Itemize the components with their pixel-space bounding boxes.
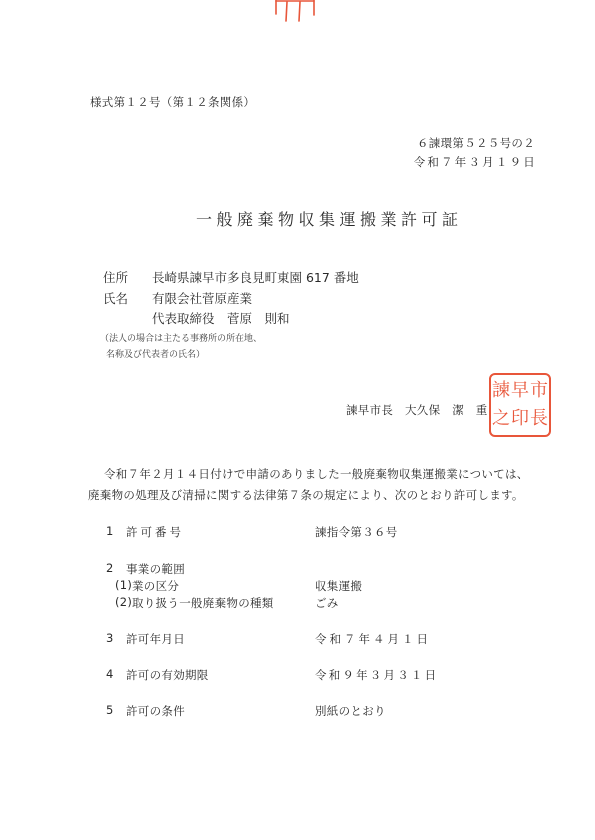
item-2-1-value: 収集運搬 [315,578,362,594]
item-2-2-label: 取り扱う一般廃棄物の種類 [132,595,274,611]
official-seal: 市 長 早 印 諫 之 [488,372,552,438]
item-4-value: 令和９年３月３１日 [315,667,438,683]
svg-text:諫: 諫 [492,380,510,401]
representative-name: 代表取締役 菅原 則和 [152,309,290,327]
svg-text:市: 市 [530,380,548,401]
svg-text:之: 之 [492,408,510,429]
holder-note-line2: 名称及び代表者の氏名） [106,347,205,360]
address-value: 長崎県諫早市多良見町東園 617 番地 [152,268,359,286]
item-5-value: 別紙のとおり [315,703,386,719]
item-2-1-label: 業の区分 [132,578,179,594]
name-label: 氏名 [103,289,128,307]
document-title: 一般廃棄物収集運搬業許可証 [196,207,463,230]
item-5-label: 許可の条件 [126,703,185,719]
item-3-value: 令和７年４月１日 [315,631,431,647]
document-number: ６諫環第５２５号の２ [417,135,535,151]
issuer-name: 諫早市長 大久保 潔 重 [346,402,488,418]
item-2-2-value: ごみ [315,595,339,611]
form-label: 様式第１２号（第１２条関係） [90,94,255,110]
svg-text:長: 長 [530,408,548,429]
item-5-number: 5 [106,703,114,717]
item-4-label: 許可の有効期限 [126,667,209,683]
top-seal-fragment [274,0,318,22]
body-text-line2: 廃棄物の処理及び清掃に関する法律第７条の規定により、次のとおり許可します。 [88,487,524,503]
item-2-1-number: (1) [115,578,132,592]
item-1-number: 1 [106,524,114,538]
item-3-label: 許可年月日 [126,631,185,647]
holder-note-line1: （法人の場合は主たる事務所の所在地、 [100,331,262,344]
item-1-label: 許可番号 [126,524,184,540]
body-text-line1: 令和７年２月１４日付けで申請のありました一般廃棄物収集運搬業については、 [104,466,529,482]
item-4-number: 4 [106,667,114,681]
item-2-2-number: (2) [115,595,132,609]
address-label: 住所 [103,268,128,286]
item-2-number: 2 [106,561,114,575]
company-name: 有限会社菅原産業 [152,289,252,307]
item-3-number: 3 [106,631,114,645]
item-1-value: 諫指令第３６号 [315,524,398,540]
item-2-label: 事業の範囲 [126,561,185,577]
svg-text:印: 印 [511,408,529,429]
svg-text:早: 早 [511,380,529,401]
issue-date: 令和７年３月１９日 [414,154,537,170]
